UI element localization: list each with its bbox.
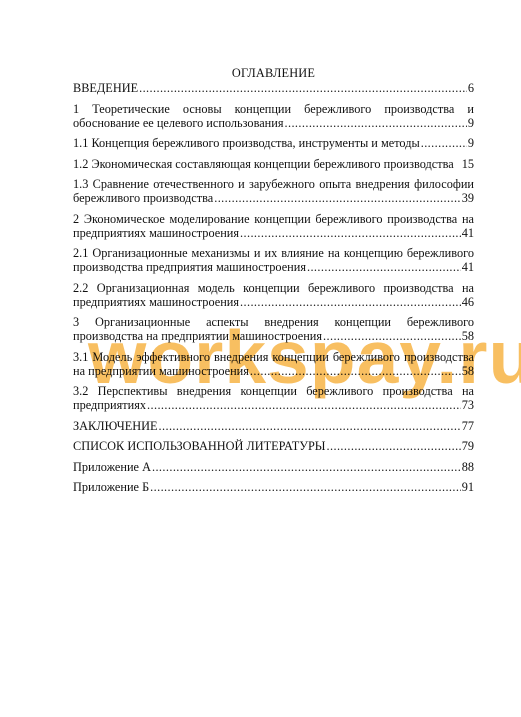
toc-entry-page-number: 46 [462,295,474,309]
toc-leader-dots [285,116,467,130]
toc-entry-page-number: 15 [462,157,474,171]
toc-entry-page-number: 77 [462,419,474,433]
toc-title: ОГЛАВЛЕНИЕ [73,66,474,80]
toc-entry[interactable]: ЗАКЛЮЧЕНИЕ77 [73,419,474,433]
toc-entry[interactable]: 1.2 Экономическая составляющая концепции… [73,157,474,171]
toc-entry-text: предприятиях [73,398,146,412]
toc-entry-page-number: 39 [462,191,474,205]
toc-entry-text: ВВЕДЕНИЕ [73,81,138,95]
toc-entry[interactable]: 3.1 Модель эффективного внедрения концеп… [73,350,474,378]
toc-entry-heading-line: 1.3 Сравнение отечественного и зарубежно… [73,177,474,191]
toc-entry-heading-line: 2.1 Организационные механизмы и их влиян… [73,246,474,260]
toc-leader-dots [147,398,461,412]
toc-leader-dots [240,226,461,240]
toc-entry-text: 1.1 Концепция бережливого производства, … [73,136,420,150]
toc-leader-dots [159,419,461,433]
toc-entry[interactable]: 3 Организационные аспекты внедрения конц… [73,315,474,343]
toc-entry-text: Приложение А [73,460,151,474]
toc-entry[interactable]: 1.3 Сравнение отечественного и зарубежно… [73,177,474,205]
toc-leader-dots [240,295,461,309]
toc-entry-text: на предприятии машиностроения [73,364,249,378]
toc-entry[interactable]: 3.2 Перспективы внедрения концепции бере… [73,384,474,412]
toc-entry-page-number: 73 [462,398,474,412]
toc-entry-page-number: 6 [468,81,474,95]
toc-entry[interactable]: 2 Экономическое моделирование концепции … [73,212,474,240]
toc-entry[interactable]: 1 Теоретические основы концепции бережли… [73,102,474,130]
toc-leader-dots [327,439,461,453]
toc-entry-page-number: 58 [462,364,474,378]
toc-entry-page-number: 79 [462,439,474,453]
toc-leader-dots [214,191,460,205]
toc-entry-page-number: 58 [462,329,474,343]
toc-entry-heading-line: 2 Экономическое моделирование концепции … [73,212,474,226]
toc-entry[interactable]: 2.2 Организационная модель концепции бер… [73,281,474,309]
toc-entry-text: предприятиях машиностроения [73,295,239,309]
toc-leader-dots [152,460,461,474]
toc-entry-page-number: 9 [468,116,474,130]
toc-leader-dots [150,480,461,494]
toc-entry-text: ЗАКЛЮЧЕНИЕ [73,419,158,433]
toc-entry-text: Приложение Б [73,480,149,494]
toc-entry-page-number: 88 [462,460,474,474]
toc-entry-text: производства предприятия машиностроения [73,260,306,274]
toc-entry-heading-line: 3 Организационные аспекты внедрения конц… [73,315,474,329]
toc-leader-dots [421,136,467,150]
toc-entry-page-number: 41 [462,260,474,274]
toc-leader-dots [323,329,461,343]
toc-entry[interactable]: Приложение Б91 [73,480,474,494]
toc-entry-text: бережливого производства [73,191,213,205]
toc-entry-text: производства на предприятии машиностроен… [73,329,322,343]
table-of-contents: ОГЛАВЛЕНИЕ ВВЕДЕНИЕ61 Теоретические осно… [73,66,474,494]
toc-entry-text: 1.2 Экономическая составляющая концепции… [73,157,454,171]
toc-entry-page-number: 91 [462,480,474,494]
toc-entry-heading-line: 3.1 Модель эффективного внедрения концеп… [73,350,474,364]
toc-entry[interactable]: Приложение А88 [73,460,474,474]
toc-entry[interactable]: 1.1 Концепция бережливого производства, … [73,136,474,150]
toc-entry-text: СПИСОК ИСПОЛЬЗОВАННОЙ ЛИТЕРАТУРЫ [73,439,326,453]
toc-entry-text: обоснование ее целевого использования [73,116,284,130]
toc-entry[interactable]: СПИСОК ИСПОЛЬЗОВАННОЙ ЛИТЕРАТУРЫ79 [73,439,474,453]
document-page: ОГЛАВЛЕНИЕ ВВЕДЕНИЕ61 Теоретические осно… [0,0,521,717]
toc-entry-page-number: 9 [468,136,474,150]
toc-entry-heading-line: 2.2 Организационная модель концепции бер… [73,281,474,295]
toc-entry[interactable]: ВВЕДЕНИЕ6 [73,81,474,95]
toc-entry-heading-line: 3.2 Перспективы внедрения концепции бере… [73,384,474,398]
toc-leader-dots [139,81,467,95]
toc-leader-dots [250,364,461,378]
toc-entries: ВВЕДЕНИЕ61 Теоретические основы концепци… [73,81,474,494]
toc-leader-dots [307,260,461,274]
toc-entry-text: предприятиях машиностроения [73,226,239,240]
toc-entry-page-number: 41 [462,226,474,240]
toc-entry-heading-line: 1 Теоретические основы концепции бережли… [73,102,474,116]
toc-entry[interactable]: 2.1 Организационные механизмы и их влиян… [73,246,474,274]
